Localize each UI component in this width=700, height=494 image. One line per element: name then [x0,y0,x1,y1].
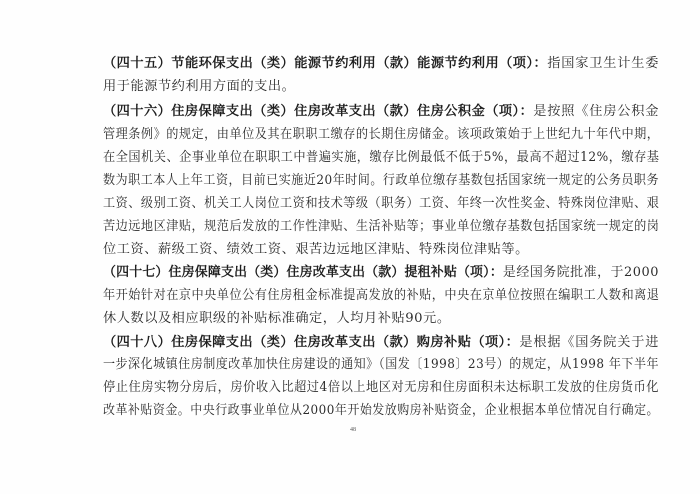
paragraph-47-line-2: 年开始针对在京中央单位公有住房租金标准提高发放的补贴，中央在京单位按照在编职工人… [103,286,659,306]
paragraph-45-text: 指国家卫生计生委 [547,56,659,71]
paragraph-46-line-3: 在全国机关、企事业单位在职职工中普遍实施，缴存比例最低不低于5%，最高不超过12… [103,148,659,168]
paragraph-46-text: 是按照《住房公积金 [533,104,659,119]
paragraph-46-line-2: 管理条例》的规定，由单位及其在职职工缴存的长期住房储金。该项政策始于上世纪九十年… [103,125,659,145]
paragraph-47-line-1: （四十七）住房保障支出（类）住房改革支出（款）提租补贴（项）：是经国务院批准，于… [103,263,659,283]
paragraph-46-line-5: 工资、级别工资、机关工人岗位工资和技术等级（职务）工资、年终一次性奖金、特殊岗位… [103,194,659,214]
page-number: 48 [350,426,356,434]
paragraph-46-line-6: 苦边远地区津贴，规范后发放的工作性津贴、生活补贴等；事业单位缴存基数包括国家统一… [103,217,659,237]
paragraph-46-line-4: 数为职工本人上年工资，目前已实施近20年时间。行政单位缴存基数包括国家统一规定的… [103,171,659,191]
paragraph-48-text: 是根据《国务院关于进 [519,335,659,350]
paragraph-47-heading: （四十七）住房保障支出（类）住房改革支出（款）提租补贴（项）： [103,265,503,280]
paragraph-46-line-1: （四十六）住房保障支出（类）住房改革支出（款）住房公积金（项）：是按照《住房公积… [103,102,659,122]
paragraph-48-line-1: （四十八）住房保障支出（类）住房改革支出（款）购房补贴（项）：是根据《国务院关于… [103,333,659,353]
paragraph-47-text: 是经国务院批准，于2000 [503,265,659,280]
paragraph-48-line-3: 停止住房实物分房后，房价收入比超过4倍以上地区对无房和住房面积未达标职工发放的住… [103,378,659,398]
paragraph-45-line-2: 用于能源节约利用方面的支出。 [103,77,659,97]
document-page: （四十五）节能环保支出（类）能源节约利用（款）能源节约利用（项）：指国家卫生计生… [0,0,700,494]
paragraph-45-line-1: （四十五）节能环保支出（类）能源节约利用（款）能源节约利用（项）：指国家卫生计生… [103,54,659,74]
paragraph-47-line-3: 休人数以及相应职级的补贴标准确定，人均月补贴90元。 [103,309,659,329]
paragraph-46-line-7: 位工资、薪级工资、绩效工资、艰苦边远地区津贴、特殊岗位津贴等。 [103,240,659,260]
paragraph-46-heading: （四十六）住房保障支出（类）住房改革支出（款）住房公积金（项）： [103,104,533,119]
paragraph-48-heading: （四十八）住房保障支出（类）住房改革支出（款）购房补贴（项）： [103,335,519,350]
paragraph-48-line-4: 改革补贴资金。中央行政事业单位从2000年开始发放购房补贴资金，企业根据本单位情… [103,401,659,421]
paragraph-45-heading: （四十五）节能环保支出（类）能源节约利用（款）能源节约利用（项）： [103,56,547,71]
paragraph-48-line-2: 一步深化城镇住房制度改革加快住房建设的通知》（国发〔1998〕23号）的规定，从… [103,355,659,375]
